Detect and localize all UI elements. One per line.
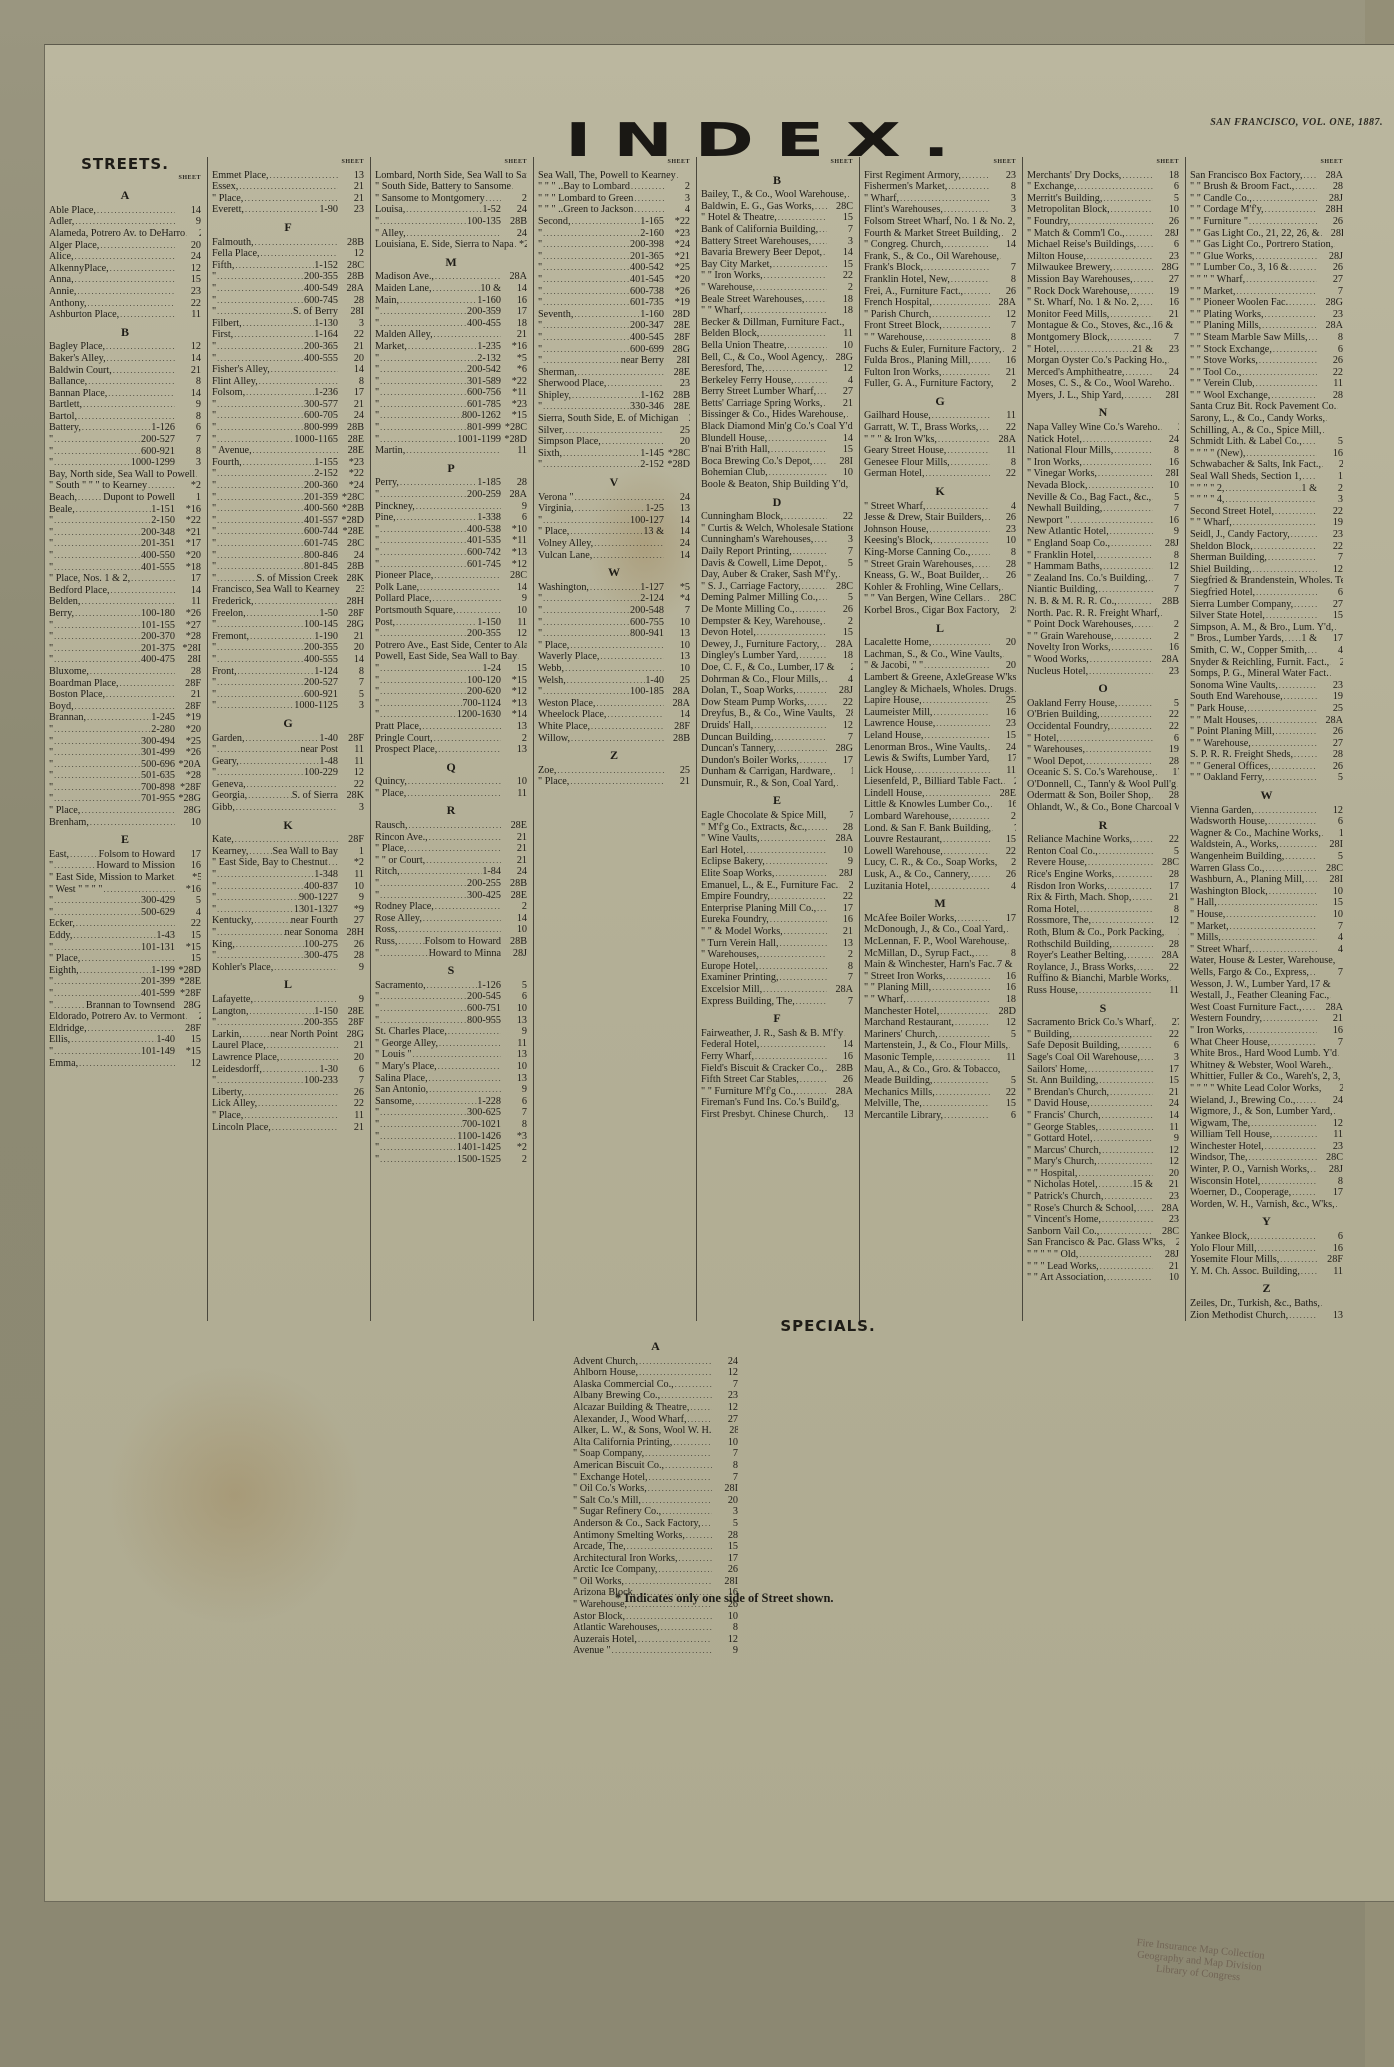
entry-name: Day, Auber & Craker, Sash M'f'y, xyxy=(701,569,838,581)
index-entry: " " Stove Works,26 xyxy=(1190,355,1343,367)
index-entry: Sea Wall, The, Powell to Kearney1 xyxy=(538,170,690,182)
entry-sheet-number: *28C xyxy=(664,448,690,460)
index-entry: Zoe,25 xyxy=(538,765,690,777)
index-entry: "near Post11 xyxy=(212,744,364,756)
leader-dots xyxy=(542,262,630,274)
entry-sheet-number: 28F xyxy=(338,1017,364,1029)
index-entry: "601-745*12 xyxy=(375,559,527,571)
entry-name: Architectural Iron Works, xyxy=(573,1553,678,1565)
entry-sheet-number: 28E xyxy=(664,401,690,413)
entry-name: Lucy, C. R., & Co., Soap Works, xyxy=(864,857,997,869)
leader-dots xyxy=(434,271,501,283)
leader-dots xyxy=(379,535,467,547)
entry-sheet-number: 5 xyxy=(712,1518,738,1530)
index-entry: McLennan, F. P., Wool Warehouse,28 xyxy=(864,936,1016,948)
entry-range: 401-545 xyxy=(630,274,664,286)
entry-sheet-number: 28C xyxy=(501,570,527,582)
index-entry: " St. Wharf, No. 1 & No. 2,16 xyxy=(1027,297,1179,309)
leader-dots xyxy=(806,697,827,709)
entry-name: " " " " 2, xyxy=(1190,483,1224,495)
entry-range: 1-24 xyxy=(482,663,501,675)
entry-name: Bannan Place, xyxy=(49,388,107,400)
index-entry: Anna,15 xyxy=(49,274,201,286)
entry-name: Brannan, xyxy=(49,712,86,724)
entry-sheet-number: 16 xyxy=(990,982,1016,994)
entry-sheet-number: 5 xyxy=(1162,608,1179,620)
entry-range: 401-557 xyxy=(304,515,338,527)
entry-name: Belden, xyxy=(49,596,80,608)
leader-dots xyxy=(638,1367,712,1379)
entry-sheet-number: *14 xyxy=(501,709,527,721)
entry-sheet-number: 26 xyxy=(1153,216,1179,228)
entry-range: 100-127 xyxy=(630,515,664,527)
index-entry: "700-1124*13 xyxy=(375,698,527,710)
index-entry: " Warehouses,19 xyxy=(1027,744,1179,756)
index-entry: " Sansome to Montgomery2 xyxy=(375,193,527,205)
letter-heading: D xyxy=(701,497,853,509)
leader-dots xyxy=(922,1098,990,1110)
leader-dots xyxy=(772,259,827,271)
entry-name: " Wood Works, xyxy=(1027,654,1089,666)
index-entry: Schilling, A., & Co., Spice Mill,5 xyxy=(1190,425,1343,437)
entry-range: 200-542 xyxy=(467,364,501,376)
entry-name: Webb, xyxy=(538,663,564,675)
entry-name: Weston Place, xyxy=(538,698,595,710)
entry-name: " " " Lead Works, xyxy=(1027,1261,1099,1273)
entry-sheet-number: 11 xyxy=(1153,985,1179,997)
entry-sheet-number: 28I xyxy=(1153,390,1179,402)
entry-sheet-number: 15 xyxy=(990,730,1016,742)
entry-name: Wisconsin Hotel, xyxy=(1190,1176,1260,1188)
leader-dots xyxy=(925,501,990,513)
entry-sheet-number: 28J xyxy=(501,948,527,960)
index-entry: Newport "16 xyxy=(1027,515,1179,527)
entry-name: Yolo Flour Mill, xyxy=(1190,1243,1257,1255)
leader-dots xyxy=(239,756,320,768)
leader-dots xyxy=(74,216,175,228)
entry-sheet-number: *13 xyxy=(501,547,527,559)
entry-sheet-number: 25 xyxy=(664,765,690,777)
index-entry: " " " " 2,1 &2 xyxy=(1190,483,1343,495)
index-entry: "300-57721 xyxy=(212,399,364,411)
leader-dots xyxy=(1303,170,1317,182)
leader-dots xyxy=(1102,503,1153,515)
entry-sheet-number: 16 xyxy=(827,1051,853,1063)
entry-name: " Sugar Refinery Co., xyxy=(573,1506,661,1518)
letter-heading: K xyxy=(212,820,364,832)
leader-dots xyxy=(379,364,467,376)
leader-dots xyxy=(932,297,990,309)
index-entry: "300-42528E xyxy=(375,890,527,902)
entry-sheet-number: 27 xyxy=(827,386,853,398)
entry-sheet-number: 28D xyxy=(990,1006,1016,1018)
entry-sheet-number: 16 xyxy=(992,799,1016,811)
index-entry: Genesee Flour Mills,8 xyxy=(864,457,1016,469)
entry-name: Leland House, xyxy=(864,730,923,742)
index-entry: " Hotel,21 &23 xyxy=(1027,344,1179,356)
leader-dots xyxy=(233,329,314,341)
index-entry: "400-550*20 xyxy=(49,550,201,562)
index-entry: Rausch,28E xyxy=(375,820,527,832)
leader-dots xyxy=(216,410,304,422)
index-entry: Russ House,11 xyxy=(1027,985,1179,997)
entry-name: Sailors' Home, xyxy=(1027,1064,1087,1076)
index-entry: "200-35528B xyxy=(212,271,364,283)
entry-name: St. Charles Place, xyxy=(375,1026,447,1038)
entry-sheet-number: 9 xyxy=(175,399,201,411)
entry-name: " " Wharf, xyxy=(864,994,906,1006)
leader-dots xyxy=(433,733,501,745)
entry-sheet-number: 16 xyxy=(1153,642,1179,654)
index-entry: Mission Bay Warehouses,27 xyxy=(1027,274,1179,286)
letter-heading: F xyxy=(212,222,364,234)
index-entry: S. P. R. R. Freight Sheds,28 xyxy=(1190,749,1343,761)
leader-dots xyxy=(1098,584,1153,596)
entry-name: Siegfried & Brandenstein, Wholes. Tea, xyxy=(1190,575,1343,587)
entry-name: " Place, xyxy=(375,843,406,855)
leader-dots xyxy=(379,547,467,559)
entry-sheet-number: 10 xyxy=(712,1437,738,1449)
leader-dots xyxy=(556,765,664,777)
entry-name: " Mary's Place, xyxy=(375,1061,437,1073)
leader-dots xyxy=(1267,552,1317,564)
entry-sheet-number: 28K xyxy=(680,413,690,425)
entry-sheet-number: 16 xyxy=(1323,828,1343,840)
entry-name: " Foundry, xyxy=(1027,216,1070,228)
index-entry: Revere House,28C xyxy=(1027,857,1179,869)
leader-dots xyxy=(542,297,630,309)
entry-name: Rodney Place, xyxy=(375,901,434,913)
entry-sheet-number: 28E xyxy=(664,320,690,332)
entry-name: Betts' Carriage Spring Works, xyxy=(701,398,822,410)
entry-sheet-number: 24 xyxy=(1331,668,1343,680)
leader-dots xyxy=(1100,709,1153,721)
entry-range: 1-165 xyxy=(640,216,664,228)
entry-name: Ross, xyxy=(375,924,397,936)
leader-dots xyxy=(1088,480,1153,492)
entry-range: 200-348 xyxy=(141,527,175,539)
entry-sheet-number: 28J xyxy=(1317,193,1343,205)
index-entry: "601-735*19 xyxy=(538,297,690,309)
index-entry: Flint Alley,8 xyxy=(212,376,364,388)
index-entry: Milton House,23 xyxy=(1027,251,1179,263)
index-entry: Martin,11 xyxy=(375,445,527,457)
index-entry: Fuller, G. A., Furniture Factory,28 xyxy=(864,378,1016,390)
index-entry: "401-545*20 xyxy=(538,274,690,286)
index-entry: Seidl, J., Candy Factory,23 xyxy=(1190,529,1343,541)
entry-range: 601-745 xyxy=(467,559,501,571)
index-entry: Second Street Hotel,22 xyxy=(1190,506,1343,518)
leader-dots xyxy=(931,982,990,994)
entry-sheet-number: *1 xyxy=(197,469,201,481)
index-entry: Marchand Restaurant,12 xyxy=(864,1017,1016,1029)
entry-range: 13 & xyxy=(643,526,664,538)
entry-sheet-number: 28A xyxy=(1153,1203,1179,1215)
leader-dots xyxy=(1255,587,1317,599)
entry-sheet-number: 23 xyxy=(1317,309,1343,321)
index-entry: Novelty Iron Works,16 xyxy=(1027,642,1179,654)
entry-sheet-number: *19 xyxy=(175,712,201,724)
leader-dots xyxy=(1261,320,1317,332)
entry-sheet-number: 22 xyxy=(1173,320,1179,332)
entry-name: " Place, xyxy=(49,805,80,817)
index-entry: Quincy,10 xyxy=(375,776,527,788)
index-entry: " Wool Depot,28 xyxy=(1027,756,1179,768)
index-entry: " Place,13 &14 xyxy=(538,526,690,538)
entry-sheet-number: 16 xyxy=(990,355,1016,367)
entry-sheet-number: 4 xyxy=(827,375,853,387)
entry-range: 800-846 xyxy=(304,550,338,562)
index-entry: "200-35520 xyxy=(212,642,364,654)
entry-sheet-number: 10 xyxy=(664,617,690,629)
leader-dots xyxy=(1087,857,1153,869)
leader-dots xyxy=(400,866,483,878)
entry-sheet-number: 28A xyxy=(1317,1002,1343,1014)
index-entry: Advent Church,24 xyxy=(573,1356,738,1368)
leader-dots xyxy=(81,422,151,434)
entry-range: 400-549 xyxy=(304,283,338,295)
index-entry: Arctic Ice Company,26 xyxy=(573,1564,738,1576)
entry-name: Eclipse Bakery, xyxy=(701,856,765,868)
entry-sheet-number: 10 xyxy=(501,605,527,617)
index-entry: " Vincent's Home,23 xyxy=(1027,1214,1179,1226)
entry-name: Lick Alley, xyxy=(212,1098,257,1110)
entry-sheet-number: 16 xyxy=(1317,1025,1343,1037)
entry-sheet-number: 26 xyxy=(1317,761,1343,773)
entry-sheet-number: 16 xyxy=(840,569,853,581)
entry-name: Marchand Restaurant, xyxy=(864,1017,954,1029)
index-entry: Atlantic Warehouses,8 xyxy=(573,1622,738,1634)
entry-range: 1-127 xyxy=(640,582,664,594)
entry-sheet-number: 2 xyxy=(501,733,527,745)
index-entry: Lawrence House,23 xyxy=(864,718,1016,730)
index-entry: " S. J., Carriage Factory,28C xyxy=(701,581,853,593)
leader-dots xyxy=(625,1611,712,1623)
index-entry: " Wood Works,28A xyxy=(1027,654,1179,666)
entry-sheet-number: 21 xyxy=(175,365,201,377)
index-entry: Geneva,22 xyxy=(212,779,364,791)
leader-dots xyxy=(1294,181,1317,193)
entry-sheet-number: 5 xyxy=(501,980,527,992)
entry-name: Luzitania Hotel, xyxy=(864,881,930,893)
entry-sheet-number: 7 xyxy=(664,605,690,617)
entry-sheet-number: 2 xyxy=(990,811,1016,823)
leader-dots xyxy=(779,938,827,950)
index-entry: "600-75110 xyxy=(375,1003,527,1015)
entry-name: " " Gas Light Co., Portrero Station, xyxy=(1190,239,1333,251)
leader-dots xyxy=(216,869,314,881)
letter-heading: N xyxy=(1027,407,1179,419)
index-entry: Excelsior Mill,28A xyxy=(701,984,853,996)
leader-dots xyxy=(923,660,990,672)
entry-name: Pratt Place, xyxy=(375,721,421,733)
entry-name: Alaska Commercial Co., xyxy=(573,1379,674,1391)
leader-dots xyxy=(379,399,467,411)
entry-sheet-number: 17 xyxy=(712,1553,738,1565)
entry-range: 1-130 xyxy=(314,318,338,330)
index-entry: "800-94113 xyxy=(538,628,690,640)
leader-dots xyxy=(942,320,990,332)
index-entry: " Mary's Place,10 xyxy=(375,1061,527,1073)
leader-dots xyxy=(216,677,304,689)
index-entry: Portsmouth Square,10 xyxy=(375,605,527,617)
leader-dots xyxy=(1255,378,1317,390)
index-entry: Geary,1-4811 xyxy=(212,756,364,768)
entry-name: Main & Winchester, Harn's Fac. xyxy=(864,959,995,971)
index-entry: " " Steam Marble Saw Mills,8 xyxy=(1190,332,1343,344)
entry-name: Sacramento, xyxy=(375,980,426,992)
index-entry: Sacramento,1-1265 xyxy=(375,980,527,992)
index-entry: " Oil Co.'s Works,28I xyxy=(573,1483,738,1495)
index-entry: " Nicholas Hotel,15 &21 xyxy=(1027,1179,1179,1191)
entry-sheet-number: 14 xyxy=(827,1039,853,1051)
leader-dots xyxy=(746,845,827,857)
entry-sheet-number: 24 xyxy=(1153,1098,1179,1110)
leader-dots xyxy=(109,263,175,275)
index-entry: Lombard Warehouse,2 xyxy=(864,811,1016,823)
entry-name: Bay City Market, xyxy=(701,259,772,271)
index-entry: " Bros., Lumber Yards,1 &17 xyxy=(1190,633,1343,645)
entry-sheet-number: 10 xyxy=(664,640,690,652)
index-entry: Express Building, The,7 xyxy=(701,996,853,1008)
entry-name: " " Hospital, xyxy=(1027,1168,1077,1180)
index-entry: "300-4295 xyxy=(49,895,201,907)
index-entry: "801-84528B xyxy=(212,561,364,573)
entry-name: " " " & Iron W'ks, xyxy=(864,434,937,446)
entry-name: Gailhard House, xyxy=(864,410,931,422)
index-entry: Yolo Flour Mill,16 xyxy=(1190,1243,1343,1255)
leader-dots xyxy=(408,820,501,832)
leader-dots xyxy=(1125,228,1153,240)
entry-range: 15 & xyxy=(1132,1179,1153,1191)
index-entry: Prospect Place,13 xyxy=(375,744,527,756)
leader-dots xyxy=(570,733,664,745)
entry-sheet-number: 6 xyxy=(338,1064,364,1076)
index-entry: Folsom Street Wharf, No. 1 & No. 2,17 xyxy=(864,216,1016,228)
entry-range: 300-494 xyxy=(141,736,175,748)
index-entry: Federal Hotel,14 xyxy=(701,1039,853,1051)
entry-name: Davis & Cowell, Lime Depot, xyxy=(701,558,824,570)
entry-sheet-number: 20 xyxy=(990,660,1016,672)
leader-dots xyxy=(1086,251,1153,263)
leader-dots xyxy=(246,608,320,620)
entry-sheet-number: 24 xyxy=(1153,434,1179,446)
index-entry: "601-785*23 xyxy=(375,399,527,411)
leader-dots xyxy=(1078,1249,1153,1261)
entry-range: 100-275 xyxy=(304,939,338,951)
entry-sheet-number: 11 xyxy=(501,788,527,800)
entry-sheet-number: 10 xyxy=(338,881,364,893)
entry-name: Lond. & San F. Bank Building, xyxy=(864,823,991,835)
entry-name: " Market, xyxy=(1190,921,1229,933)
leader-dots xyxy=(130,573,175,585)
entry-range: 500-629 xyxy=(141,907,175,919)
index-entry: " Hammam Baths,12 xyxy=(1027,561,1179,573)
leader-dots xyxy=(929,524,990,536)
entry-sheet-number: 8 xyxy=(1153,550,1179,562)
entry-name: Examiner Printing, xyxy=(701,972,779,984)
leader-dots xyxy=(542,617,630,629)
leader-dots xyxy=(415,501,501,513)
entry-sheet-number: *21 xyxy=(664,251,690,263)
leader-dots xyxy=(1224,483,1301,495)
entry-name: " " Furniture " xyxy=(1190,216,1248,228)
index-entry: Wheelock Place,14 xyxy=(538,709,690,721)
index-entry: Woerner, D., Cooperage,17 xyxy=(1190,1187,1343,1199)
entry-name: Sage's Coal Oil Warehouse, xyxy=(1027,1052,1140,1064)
index-entry: " " Hospital,20 xyxy=(1027,1168,1179,1180)
entry-sheet-number: 11 xyxy=(1317,1266,1343,1278)
entry-name: San Francisco Box Factory, xyxy=(1190,170,1303,182)
index-entry: " Mills,4 xyxy=(1190,932,1343,944)
letter-heading: F xyxy=(701,1013,853,1025)
entry-name: Worden, W. H., Varnish, &c., W'ks, xyxy=(1190,1199,1335,1211)
entry-sheet-number: 28C xyxy=(990,593,1016,605)
leader-dots xyxy=(931,410,990,422)
leader-dots xyxy=(53,562,141,574)
index-entry: White Bros., Hard Wood Lumb. Y'd16 xyxy=(1190,1048,1343,1060)
entry-sheet-number: 6 xyxy=(501,991,527,1003)
entry-name: New Atlantic Hotel, xyxy=(1027,526,1109,538)
entry-range: 1001-1199 xyxy=(457,434,501,446)
index-entry: Anthony,22 xyxy=(49,298,201,310)
entry-sheet-number: 24 xyxy=(664,492,690,504)
entry-sheet-number: 15 xyxy=(827,627,853,639)
index-entry: O'Donnell, C., Tann'y & Wool Pull'g28 xyxy=(1027,779,1179,791)
leader-dots xyxy=(542,628,630,640)
entry-name: Dingley's Lumber Yard, xyxy=(701,650,798,662)
entry-range: 301-499 xyxy=(141,747,175,759)
leader-dots xyxy=(932,1075,990,1087)
entry-name: Schwabacher & Salts, Ink Fact., xyxy=(1190,459,1321,471)
entry-sheet-number: 10 xyxy=(175,817,201,829)
entry-name: Alcazar Building & Theatre, xyxy=(573,1402,689,1414)
index-entry: Roma Hotel,8 xyxy=(1027,904,1179,916)
entry-sheet-number: *26 xyxy=(664,286,690,298)
entry-sheet-number: 3 xyxy=(1153,1052,1179,1064)
leader-dots xyxy=(1097,1156,1153,1168)
entry-sheet-number: 14 xyxy=(1153,1110,1179,1122)
leader-dots xyxy=(1308,332,1317,344)
entry-sheet-number: *21 xyxy=(175,527,201,539)
leader-dots xyxy=(1090,1098,1153,1110)
index-entry: Eclipse Bakery,9 xyxy=(701,856,853,868)
entry-name: Martenstein, J., & Co., Flour Mills, xyxy=(864,1040,1008,1052)
entry-range: 400-555 xyxy=(304,654,338,666)
entry-sheet-number: 10 xyxy=(501,1061,527,1073)
entry-range: 1-155 xyxy=(314,457,338,469)
entry-sheet-number: 26 xyxy=(990,512,1016,524)
leader-dots xyxy=(1229,921,1317,933)
entry-name: " " Oakland Ferry, xyxy=(1190,772,1264,784)
entry-sheet-number: 3 xyxy=(338,318,364,330)
entry-name: Kate, xyxy=(212,834,234,846)
leader-dots xyxy=(1110,721,1153,733)
leader-dots xyxy=(950,457,990,469)
index-entry: Metropolitan Block,10 xyxy=(1027,204,1179,216)
leader-dots xyxy=(53,860,96,872)
entry-sheet-number: 20 xyxy=(1153,1168,1179,1180)
leader-dots xyxy=(1254,805,1317,817)
leader-dots xyxy=(432,593,501,605)
index-entry: Waldstein, A., Works,28I xyxy=(1190,839,1343,851)
entry-name: Occidental Foundry, xyxy=(1027,721,1110,733)
index-entry: " " " Lombard to Green3 xyxy=(538,193,690,205)
entry-sheet-number: 15 xyxy=(175,274,201,286)
entry-sheet-number: 28 xyxy=(175,666,201,678)
index-entry: Odermatt & Son, Boiler Shop,28 xyxy=(1027,790,1179,802)
entry-name: Front Street Block, xyxy=(864,320,942,332)
